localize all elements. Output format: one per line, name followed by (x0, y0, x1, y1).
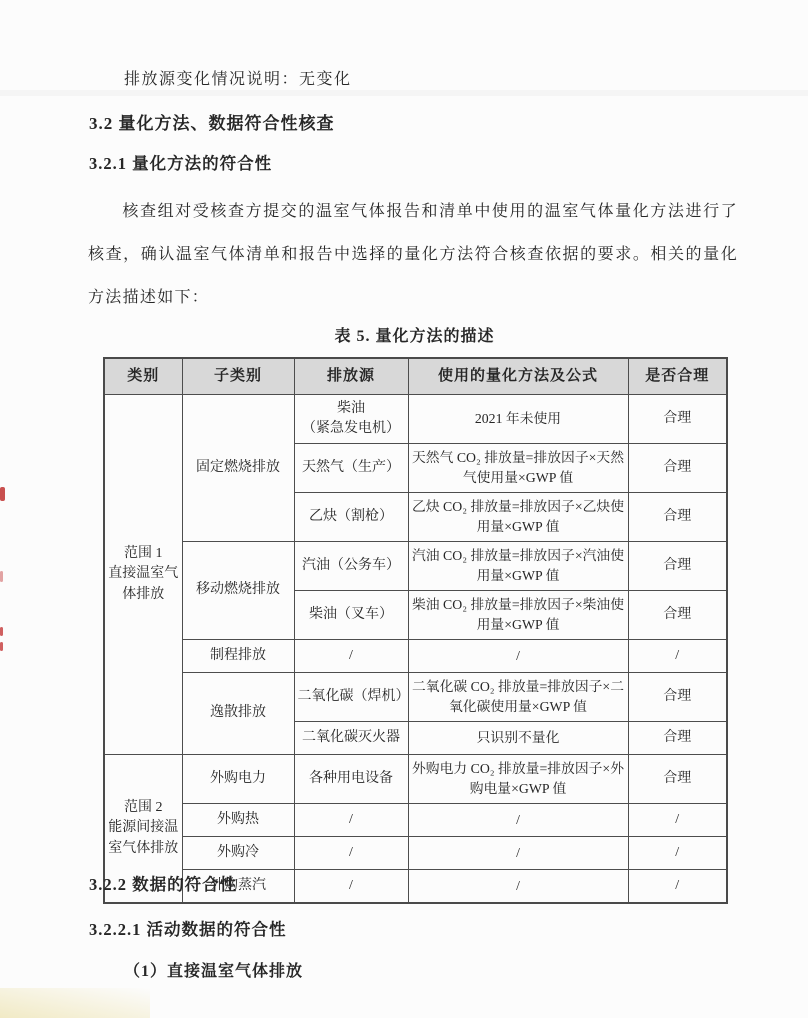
source-cell: 二氧化碳（焊机） (294, 673, 408, 722)
scan-corner-tint (0, 988, 150, 1018)
source-cell: 各种用电设备 (294, 755, 408, 804)
margin-mark (0, 627, 3, 636)
col-header-method: 使用的量化方法及公式 (408, 358, 628, 395)
subcategory-cell: 逸散排放 (182, 673, 294, 755)
reasonable-cell: / (628, 870, 727, 904)
col-header-source: 排放源 (294, 358, 408, 395)
method-cell: 只识别不量化 (408, 722, 628, 755)
method-cell: 乙炔 CO₂ 排放量=排放因子×乙炔使用量×GWP 值 (408, 493, 628, 542)
reasonable-cell: 合理 (628, 673, 727, 722)
margin-mark (0, 642, 3, 651)
reasonable-cell: 合理 (628, 591, 727, 640)
table-row: 范围 2 能源间接温 室气体排放 外购电力 各种用电设备 外购电力 CO₂ 排放… (104, 755, 727, 804)
method-cell: 二氧化碳 CO₂ 排放量=排放因子×二氧化碳使用量×GWP 值 (408, 673, 628, 722)
reasonable-cell: / (628, 804, 727, 837)
col-header-subcategory: 子类别 (182, 358, 294, 395)
document-page: 排放源变化情况说明：无变化 3.2 量化方法、数据符合性核查 3.2.1 量化方… (0, 0, 808, 1018)
scan-streak (0, 90, 808, 96)
subcategory-cell: 外购电力 (182, 755, 294, 804)
reasonable-cell: 合理 (628, 444, 727, 493)
category-cell-scope1: 范围 1 直接温室气 体排放 (104, 395, 182, 755)
source-cell: 柴油 （紧急发电机） (294, 395, 408, 444)
method-cell: / (408, 640, 628, 673)
section-heading-3-2-2-1: 3.2.2.1 活动数据的符合性 (89, 916, 287, 940)
method-cell: 柴油 CO₂ 排放量=排放因子×柴油使用量×GWP 值 (408, 591, 628, 640)
reasonable-cell: 合理 (628, 493, 727, 542)
table-row: 范围 1 直接温室气 体排放 固定燃烧排放 柴油 （紧急发电机） 2021 年未… (104, 395, 727, 444)
source-cell: / (294, 837, 408, 870)
reasonable-cell: 合理 (628, 395, 727, 444)
source-cell: 柴油（叉车） (294, 591, 408, 640)
subcategory-cell: 外购冷 (182, 837, 294, 870)
table-row: 外购热 / / / (104, 804, 727, 837)
method-cell: / (408, 804, 628, 837)
col-header-reasonable: 是否合理 (628, 358, 727, 395)
reasonable-cell: 合理 (628, 755, 727, 804)
source-cell: 乙炔（割枪） (294, 493, 408, 542)
reasonable-cell: / (628, 640, 727, 673)
quantification-methods-table: 类别 子类别 排放源 使用的量化方法及公式 是否合理 范围 1 直接温室气 体排… (103, 357, 728, 904)
margin-mark (0, 571, 3, 582)
method-cell: 汽油 CO₂ 排放量=排放因子×汽油使用量×GWP 值 (408, 542, 628, 591)
table-row: 移动燃烧排放 汽油（公务车） 汽油 CO₂ 排放量=排放因子×汽油使用量×GWP… (104, 542, 727, 591)
section-heading-3-2-1: 3.2.1 量化方法的符合性 (89, 150, 272, 174)
subcategory-cell: 制程排放 (182, 640, 294, 673)
reasonable-cell: 合理 (628, 542, 727, 591)
table-row: 逸散排放 二氧化碳（焊机） 二氧化碳 CO₂ 排放量=排放因子×二氧化碳使用量×… (104, 673, 727, 722)
reasonable-cell: 合理 (628, 722, 727, 755)
section-heading-3-2: 3.2 量化方法、数据符合性核查 (89, 109, 335, 134)
source-cell: / (294, 640, 408, 673)
intro-line: 排放源变化情况说明：无变化 (124, 66, 352, 89)
table-title: 表 5. 量化方法的描述 (103, 323, 726, 346)
method-cell: 外购电力 CO₂ 排放量=排放因子×外购电量×GWP 值 (408, 755, 628, 804)
table-row: 制程排放 / / / (104, 640, 727, 673)
method-cell: / (408, 870, 628, 904)
source-cell: / (294, 804, 408, 837)
method-cell: / (408, 837, 628, 870)
table-row: 外购冷 / / / (104, 837, 727, 870)
source-cell: 二氧化碳灭火器 (294, 722, 408, 755)
col-header-category: 类别 (104, 358, 182, 395)
method-cell: 2021 年未使用 (408, 395, 628, 444)
header-row: 类别 子类别 排放源 使用的量化方法及公式 是否合理 (104, 358, 727, 395)
method-cell: 天然气 CO₂ 排放量=排放因子×天然气使用量×GWP 值 (408, 444, 628, 493)
margin-mark (0, 487, 5, 501)
subcategory-cell: 固定燃烧排放 (182, 395, 294, 542)
section-heading-3-2-2: 3.2.2 数据的符合性 (89, 871, 237, 895)
source-cell: 汽油（公务车） (294, 542, 408, 591)
subcategory-cell: 外购热 (182, 804, 294, 837)
source-cell: / (294, 870, 408, 904)
body-paragraph: 核查组对受核查方提交的温室气体报告和清单中使用的温室气体量化方法进行了核查，确认… (88, 190, 738, 319)
subcategory-cell: 移动燃烧排放 (182, 542, 294, 640)
subsection-item-1: （1）直接温室气体排放 (124, 958, 303, 981)
reasonable-cell: / (628, 837, 727, 870)
source-cell: 天然气（生产） (294, 444, 408, 493)
